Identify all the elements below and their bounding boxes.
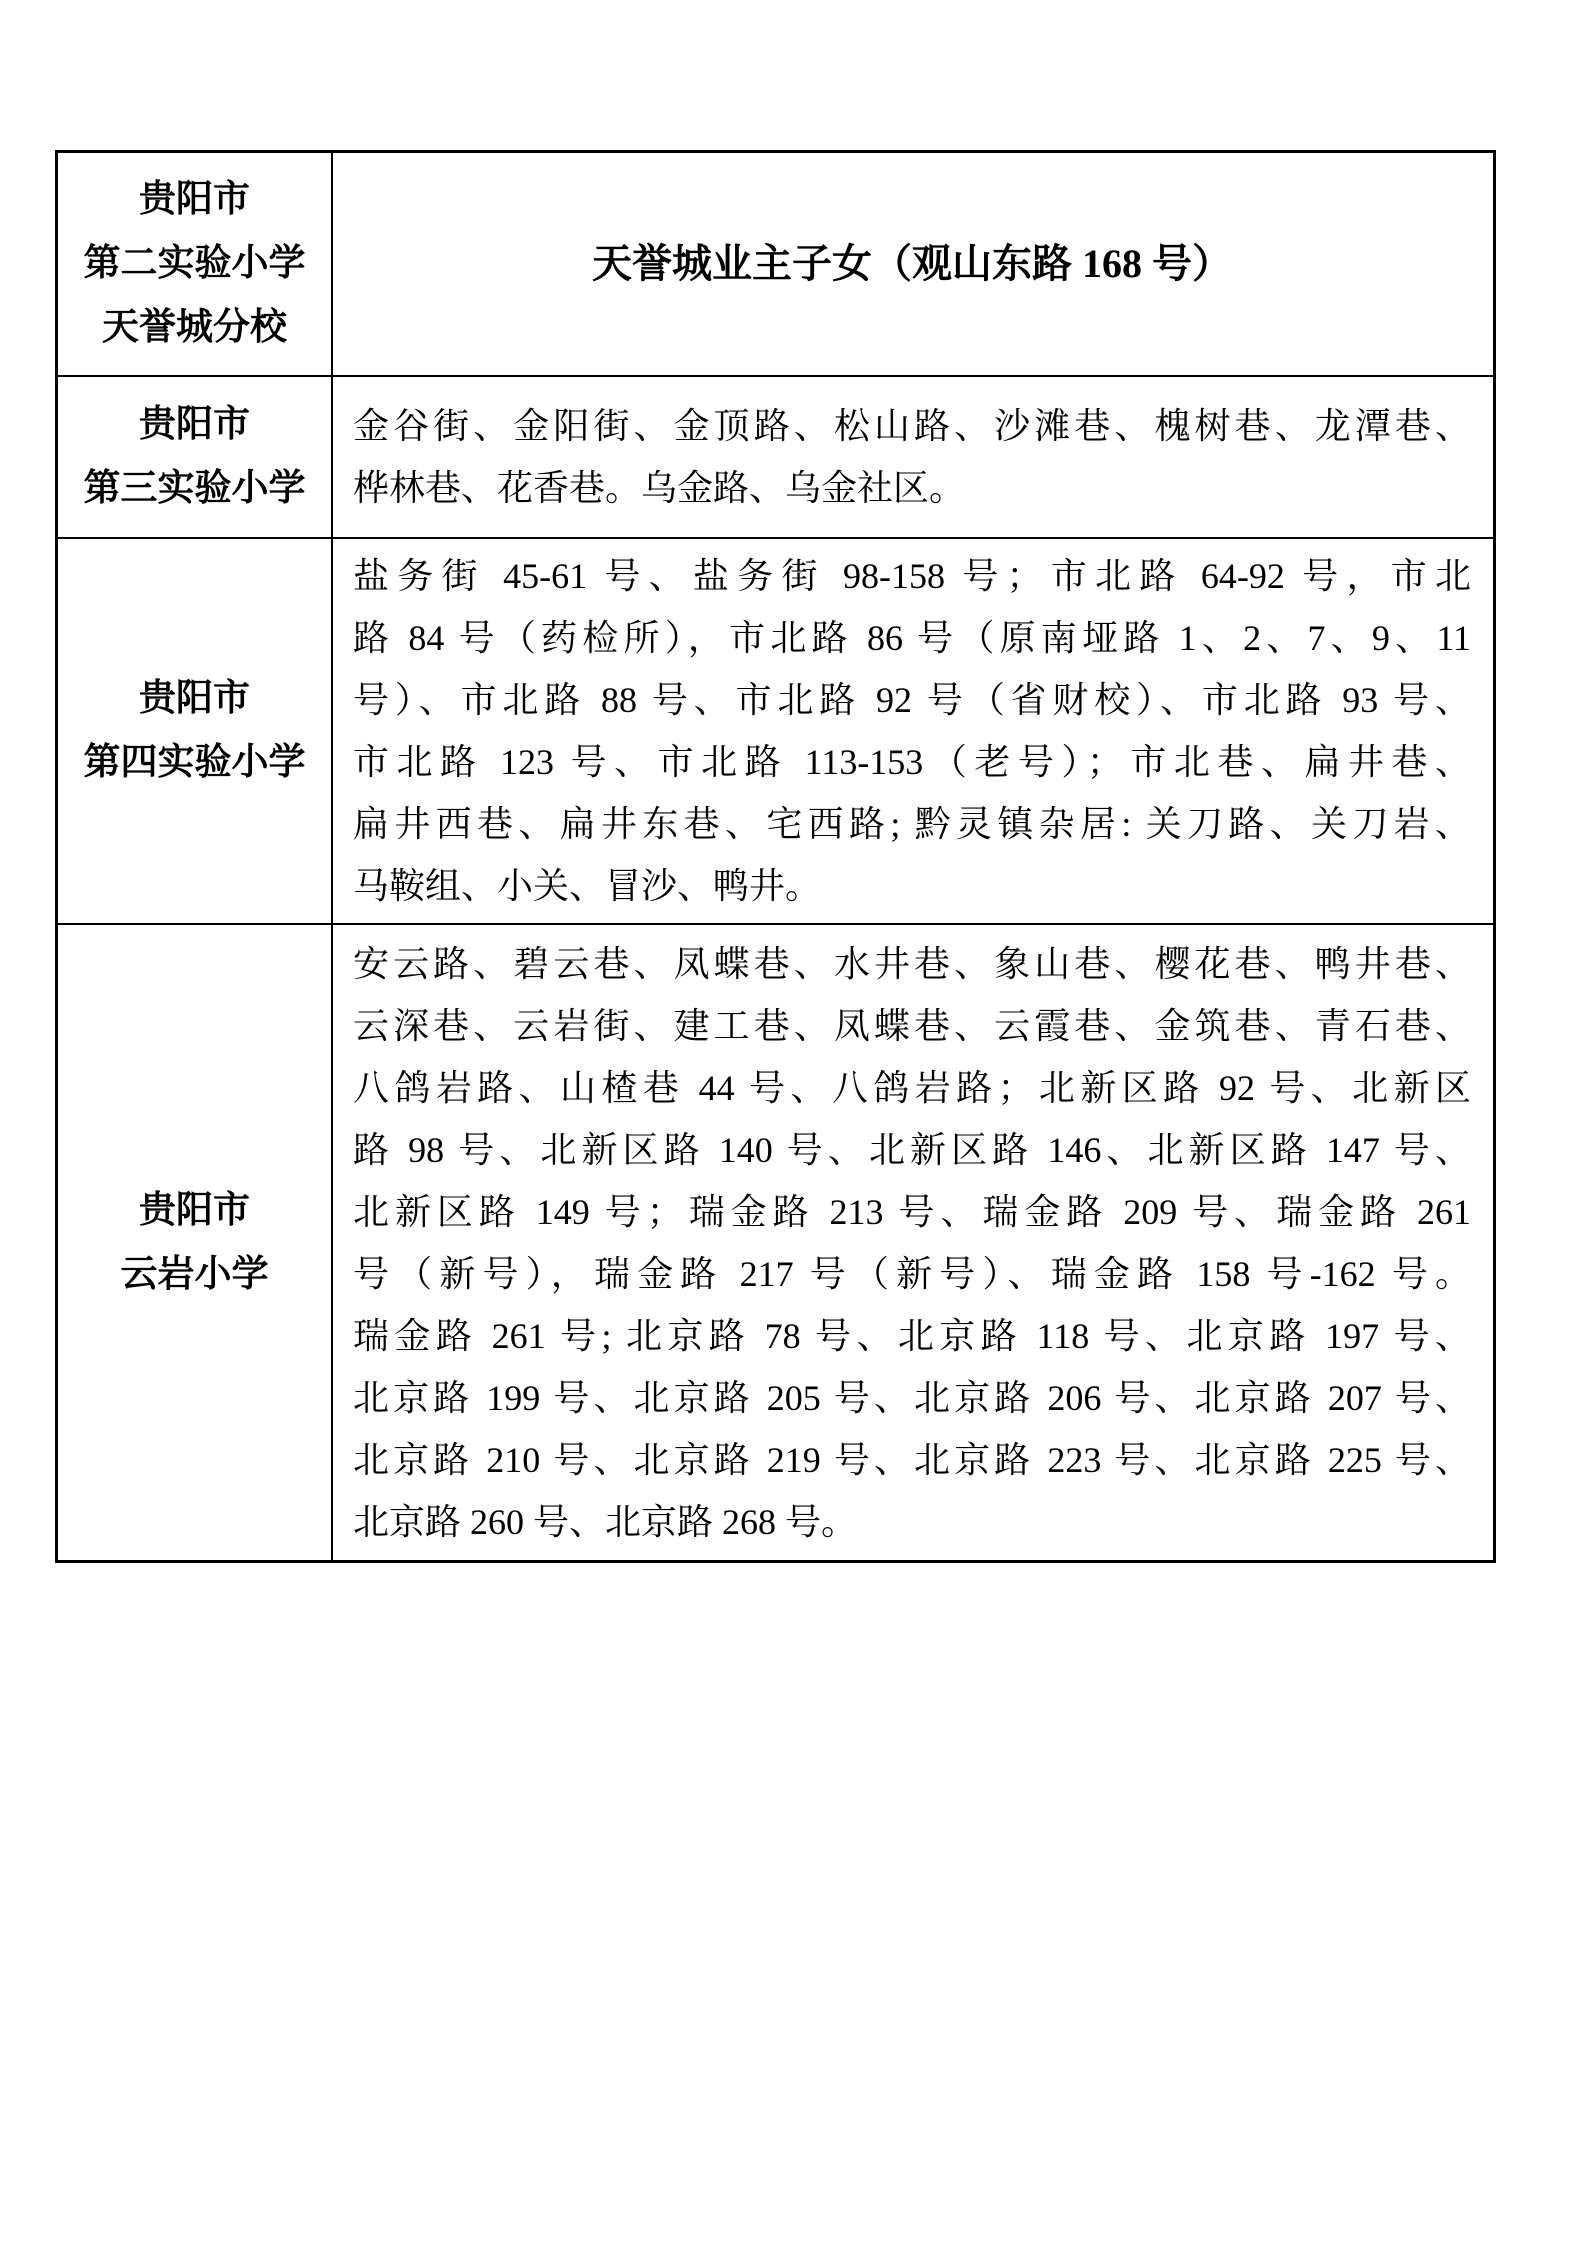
- table-row: 贵阳市 第四实验小学 盐务街 45-61 号、盐务街 98-158 号；市北路 …: [58, 537, 1493, 923]
- district-cell: 金谷街、金阳街、金顶路、松山路、沙滩巷、槐树巷、龙潭巷、桦林巷、花香巷。乌金路、…: [333, 377, 1493, 537]
- school-name-cell: 贵阳市 云岩小学: [58, 925, 333, 1560]
- school-name-cell: 贵阳市 第二实验小学 天誉城分校: [58, 153, 333, 375]
- district-cell: 天誉城业主子女（观山东路 168 号）: [333, 153, 1493, 375]
- district-cell: 安云路、碧云巷、凤蝶巷、水井巷、象山巷、樱花巷、鸭井巷、云深巷、云岩街、建工巷、…: [333, 925, 1493, 1560]
- table-row: 贵阳市 第二实验小学 天誉城分校 天誉城业主子女（观山东路 168 号）: [58, 153, 1493, 375]
- district-cell: 盐务街 45-61 号、盐务街 98-158 号；市北路 64-92 号，市北路…: [333, 539, 1493, 923]
- school-district-table: 贵阳市 第二实验小学 天誉城分校 天誉城业主子女（观山东路 168 号） 贵阳市…: [55, 150, 1496, 1563]
- table-row: 贵阳市 第三实验小学 金谷街、金阳街、金顶路、松山路、沙滩巷、槐树巷、龙潭巷、桦…: [58, 375, 1493, 537]
- document-page: 贵阳市 第二实验小学 天誉城分校 天誉城业主子女（观山东路 168 号） 贵阳市…: [0, 0, 1587, 2245]
- school-name-cell: 贵阳市 第四实验小学: [58, 539, 333, 923]
- table-row: 贵阳市 云岩小学 安云路、碧云巷、凤蝶巷、水井巷、象山巷、樱花巷、鸭井巷、云深巷…: [58, 923, 1493, 1560]
- school-name-cell: 贵阳市 第三实验小学: [58, 377, 333, 537]
